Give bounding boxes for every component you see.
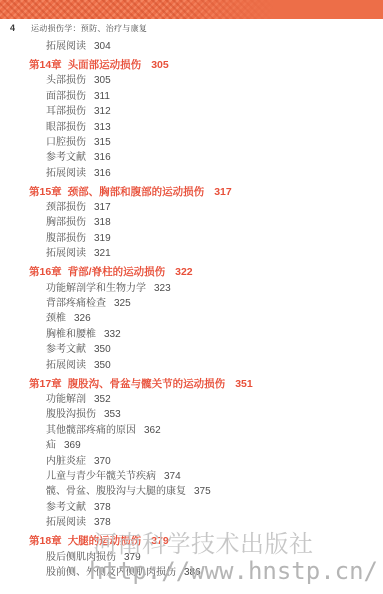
toc-entry: 胸部损伤318 bbox=[0, 215, 383, 230]
toc-chapter-entry: 第18章大腿的运动损伤379 bbox=[0, 534, 383, 549]
entry-title: 其他髋部疼痛的原因 bbox=[46, 425, 136, 436]
entry-title: 内脏炎症 bbox=[46, 456, 86, 467]
toc-list: 拓展阅读304第14章头面部运动损伤305头部损伤305面部损伤311耳部损伤3… bbox=[0, 36, 383, 580]
toc-entry: 颈部损伤317 bbox=[0, 200, 383, 215]
entry-page-number: 317 bbox=[214, 186, 232, 198]
entry-page-number: 316 bbox=[94, 168, 111, 179]
chapter-number: 第17章 bbox=[29, 378, 62, 390]
toc-entry: 眼部损伤313 bbox=[0, 120, 383, 135]
entry-title: 腹股沟损伤 bbox=[46, 409, 96, 420]
toc-entry: 股前侧、外侧及内侧肌肉损伤386 bbox=[0, 565, 383, 580]
toc-entry: 儿童与青少年髋关节疾病374 bbox=[0, 469, 383, 484]
chapter-title: 腹股沟、骨盆与髋关节的运动损伤 bbox=[68, 378, 226, 390]
toc-chapter-entry: 第15章颈部、胸部和腹部的运动损伤317 bbox=[0, 185, 383, 200]
chapter-number: 第16章 bbox=[29, 266, 62, 278]
entry-title: 口腔损伤 bbox=[46, 137, 86, 148]
chapter-number: 第14章 bbox=[29, 59, 62, 71]
entry-page-number: 332 bbox=[104, 329, 121, 340]
toc-entry: 功能解剖学和生物力学323 bbox=[0, 281, 383, 296]
entry-page-number: 318 bbox=[94, 217, 111, 228]
entry-page-number: 304 bbox=[94, 41, 111, 52]
entry-title: 髋、骨盆、腹股沟与大腿的康复 bbox=[46, 486, 186, 497]
toc-entry: 参考文献378 bbox=[0, 500, 383, 515]
entry-page-number: 305 bbox=[151, 59, 169, 71]
toc-entry: 拓展阅读350 bbox=[0, 358, 383, 373]
band-fade bbox=[0, 0, 383, 19]
entry-title: 胸部损伤 bbox=[46, 217, 86, 228]
toc-entry: 内脏炎症370 bbox=[0, 454, 383, 469]
entry-page-number: 315 bbox=[94, 137, 111, 148]
entry-page-number: 325 bbox=[114, 298, 131, 309]
entry-title: 耳部损伤 bbox=[46, 106, 86, 117]
toc-entry: 腹部损伤319 bbox=[0, 231, 383, 246]
chapter-title: 大腿的运动损伤 bbox=[68, 535, 142, 547]
toc-chapter-entry: 第17章腹股沟、骨盆与髋关节的运动损伤351 bbox=[0, 377, 383, 392]
entry-page-number: 374 bbox=[164, 471, 181, 482]
chapter-title: 颈部、胸部和腹部的运动损伤 bbox=[68, 186, 205, 198]
entry-page-number: 379 bbox=[124, 552, 141, 563]
chapter-title: 头面部运动损伤 bbox=[68, 59, 142, 71]
entry-title: 拓展阅读 bbox=[46, 41, 86, 52]
chapter-number: 第15章 bbox=[29, 186, 62, 198]
entry-page-number: 369 bbox=[64, 440, 81, 451]
entry-page-number: 350 bbox=[94, 344, 111, 355]
entry-page-number: 378 bbox=[94, 517, 111, 528]
entry-title: 拓展阅读 bbox=[46, 360, 86, 371]
entry-page-number: 305 bbox=[94, 75, 111, 86]
toc-entry: 拓展阅读321 bbox=[0, 246, 383, 261]
entry-page-number: 312 bbox=[94, 106, 111, 117]
entry-page-number: 378 bbox=[94, 502, 111, 513]
entry-page-number: 351 bbox=[235, 378, 253, 390]
running-head: 4 运动损伤学：预防、治疗与康复 bbox=[0, 19, 383, 36]
entry-page-number: 370 bbox=[94, 456, 111, 467]
toc-entry: 口腔损伤315 bbox=[0, 135, 383, 150]
toc-entry: 拓展阅读304 bbox=[0, 39, 383, 54]
entry-title: 头部损伤 bbox=[46, 75, 86, 86]
toc-entry: 胸椎和腰椎332 bbox=[0, 327, 383, 342]
entry-title: 拓展阅读 bbox=[46, 248, 86, 259]
entry-page-number: 350 bbox=[94, 360, 111, 371]
header-accent-band bbox=[0, 0, 383, 19]
entry-page-number: 352 bbox=[94, 394, 111, 405]
entry-title: 疝 bbox=[46, 440, 56, 451]
toc-entry: 头部损伤305 bbox=[0, 73, 383, 88]
entry-page-number: 379 bbox=[151, 535, 169, 547]
toc-entry: 拓展阅读378 bbox=[0, 515, 383, 530]
toc-entry: 髋、骨盆、腹股沟与大腿的康复375 bbox=[0, 484, 383, 499]
entry-title: 儿童与青少年髋关节疾病 bbox=[46, 471, 156, 482]
page-number: 4 bbox=[10, 23, 31, 33]
toc-entry: 参考文献316 bbox=[0, 150, 383, 165]
entry-page-number: 316 bbox=[94, 152, 111, 163]
entry-title: 参考文献 bbox=[46, 152, 86, 163]
entry-page-number: 311 bbox=[94, 91, 110, 102]
entry-page-number: 313 bbox=[94, 122, 111, 133]
entry-title: 眼部损伤 bbox=[46, 122, 86, 133]
chapter-number: 第18章 bbox=[29, 535, 62, 547]
toc-chapter-entry: 第14章头面部运动损伤305 bbox=[0, 58, 383, 73]
toc-entry: 参考文献350 bbox=[0, 342, 383, 357]
entry-title: 功能解剖学和生物力学 bbox=[46, 283, 146, 294]
entry-page-number: 386 bbox=[184, 567, 201, 578]
entry-title: 功能解剖 bbox=[46, 394, 86, 405]
entry-page-number: 353 bbox=[104, 409, 121, 420]
toc-entry: 拓展阅读316 bbox=[0, 166, 383, 181]
entry-page-number: 319 bbox=[94, 233, 111, 244]
entry-page-number: 326 bbox=[74, 313, 91, 324]
entry-title: 参考文献 bbox=[46, 344, 86, 355]
toc-entry: 耳部损伤312 bbox=[0, 104, 383, 119]
toc-entry: 其他髋部疼痛的原因362 bbox=[0, 423, 383, 438]
entry-title: 拓展阅读 bbox=[46, 517, 86, 528]
toc-entry: 疝369 bbox=[0, 438, 383, 453]
entry-title: 背部疼痛检查 bbox=[46, 298, 106, 309]
entry-page-number: 317 bbox=[94, 202, 111, 213]
toc-entry: 腹股沟损伤353 bbox=[0, 407, 383, 422]
entry-page-number: 321 bbox=[94, 248, 111, 259]
toc-entry: 背部疼痛检查325 bbox=[0, 296, 383, 311]
toc-entry: 面部损伤311 bbox=[0, 89, 383, 104]
toc-entry: 颈椎326 bbox=[0, 311, 383, 326]
entry-title: 腹部损伤 bbox=[46, 233, 86, 244]
book-title: 运动损伤学：预防、治疗与康复 bbox=[31, 23, 147, 34]
chapter-title: 背部/脊柱的运动损伤 bbox=[68, 266, 165, 278]
entry-title: 胸椎和腰椎 bbox=[46, 329, 96, 340]
entry-title: 颈部损伤 bbox=[46, 202, 86, 213]
entry-title: 股前侧、外侧及内侧肌肉损伤 bbox=[46, 567, 176, 578]
book-page: 4 运动损伤学：预防、治疗与康复 拓展阅读304第14章头面部运动损伤305头部… bbox=[0, 0, 383, 594]
entry-title: 面部损伤 bbox=[46, 91, 86, 102]
entry-title: 拓展阅读 bbox=[46, 168, 86, 179]
entry-page-number: 322 bbox=[175, 266, 193, 278]
entry-page-number: 323 bbox=[154, 283, 171, 294]
entry-page-number: 362 bbox=[144, 425, 161, 436]
entry-page-number: 375 bbox=[194, 486, 211, 497]
toc-entry: 股后侧肌肉损伤379 bbox=[0, 550, 383, 565]
toc-chapter-entry: 第16章背部/脊柱的运动损伤322 bbox=[0, 265, 383, 280]
toc-entry: 功能解剖352 bbox=[0, 392, 383, 407]
entry-title: 参考文献 bbox=[46, 502, 86, 513]
entry-title: 股后侧肌肉损伤 bbox=[46, 552, 116, 563]
entry-title: 颈椎 bbox=[46, 313, 66, 324]
